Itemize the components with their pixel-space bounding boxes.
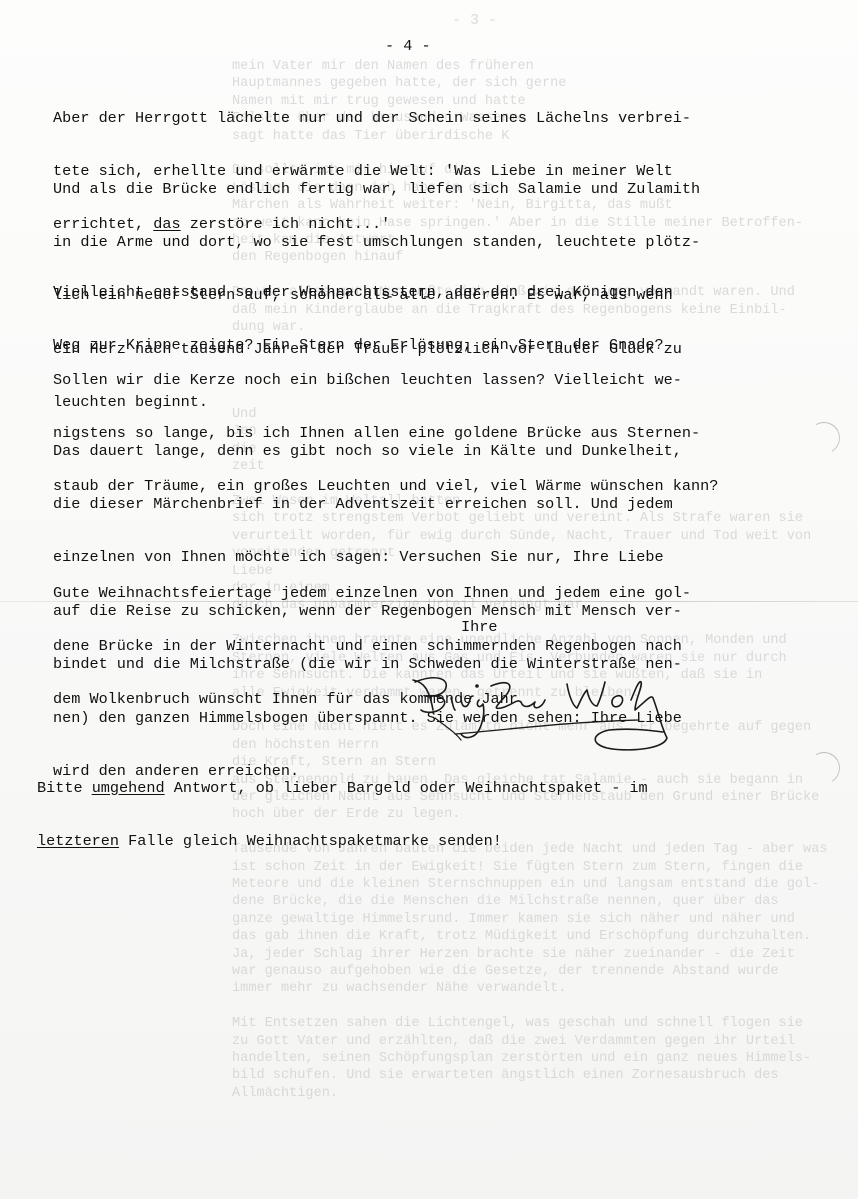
bleed-through-line: Ja, jeder Schlag ihrer Herzen brachte si…: [232, 946, 858, 963]
text-line: Vielleicht entstand so der Weihnachtsste…: [53, 284, 673, 302]
text-line: Aber der Herrgott lächelte nur und der S…: [53, 110, 691, 128]
bleed-through-line: mein Vater mir den Namen des früheren: [232, 58, 858, 75]
text-line: Gute Weihnachtsfeiertage jedem einzelnen…: [53, 585, 691, 603]
text-line: Bitte umgehend Antwort, ob lieber Bargel…: [37, 780, 648, 798]
bleed-through-line: dene Brücke, die die Menschen die Milchs…: [232, 893, 858, 910]
closing-salutation: Ihre: [461, 618, 497, 636]
bleed-through-line: das gab ihnen die Kraft, trotz Müdigkeit…: [232, 928, 858, 945]
text-line: Sollen wir die Kerze noch ein bißchen le…: [53, 372, 718, 390]
bleed-through-line: war genauso aufgehoben wie die Gesetze, …: [232, 963, 858, 980]
text-line: letzteren Falle gleich Weihnachtspaketma…: [37, 833, 648, 851]
handwritten-signature: Birgitta Wolf: [395, 660, 695, 755]
text-line: Das dauert lange, denn es gibt noch so v…: [53, 443, 682, 461]
bleed-through-line: [232, 998, 858, 1015]
bleed-through-line: zu Gott Vater und erzählten, daß die zwe…: [232, 1033, 858, 1050]
text-line: die dieser Märchenbrief in der Adventsze…: [53, 496, 682, 514]
text-line: Und als die Brücke endlich fertig war, l…: [53, 181, 700, 199]
bleed-through-line: immer mehr zu wachsender Nähe verwandelt…: [232, 980, 858, 997]
bleed-through-page-number: - 3 -: [452, 12, 497, 29]
underlined-word: umgehend: [92, 779, 165, 797]
bleed-through-line: Allmächtigen.: [232, 1085, 858, 1102]
punch-hole-mark: [804, 748, 843, 787]
page-number: - 4 -: [385, 37, 431, 55]
underlined-word: letzteren: [37, 832, 119, 850]
text-line: dene Brücke in der Winternacht und einen…: [53, 638, 691, 656]
postscript: Bitte umgehend Antwort, ob lieber Bargel…: [37, 744, 648, 886]
bleed-through-line: ganze gewaltige Himmelsrund. Immer kamen…: [232, 911, 858, 928]
bleed-through-line: handelten, seinen Schöpfungsplan zerstör…: [232, 1050, 858, 1067]
punch-hole-mark: [804, 418, 843, 457]
letter-page: - 3 - mein Vater mir den Namen des frühe…: [0, 0, 858, 1199]
bleed-through-line: bild schufen. Und sie erwarteten ängstli…: [232, 1067, 858, 1084]
section-separator: - - -: [385, 288, 431, 306]
bleed-through-line: Mit Entsetzen sahen die Lichtengel, was …: [232, 1015, 858, 1032]
